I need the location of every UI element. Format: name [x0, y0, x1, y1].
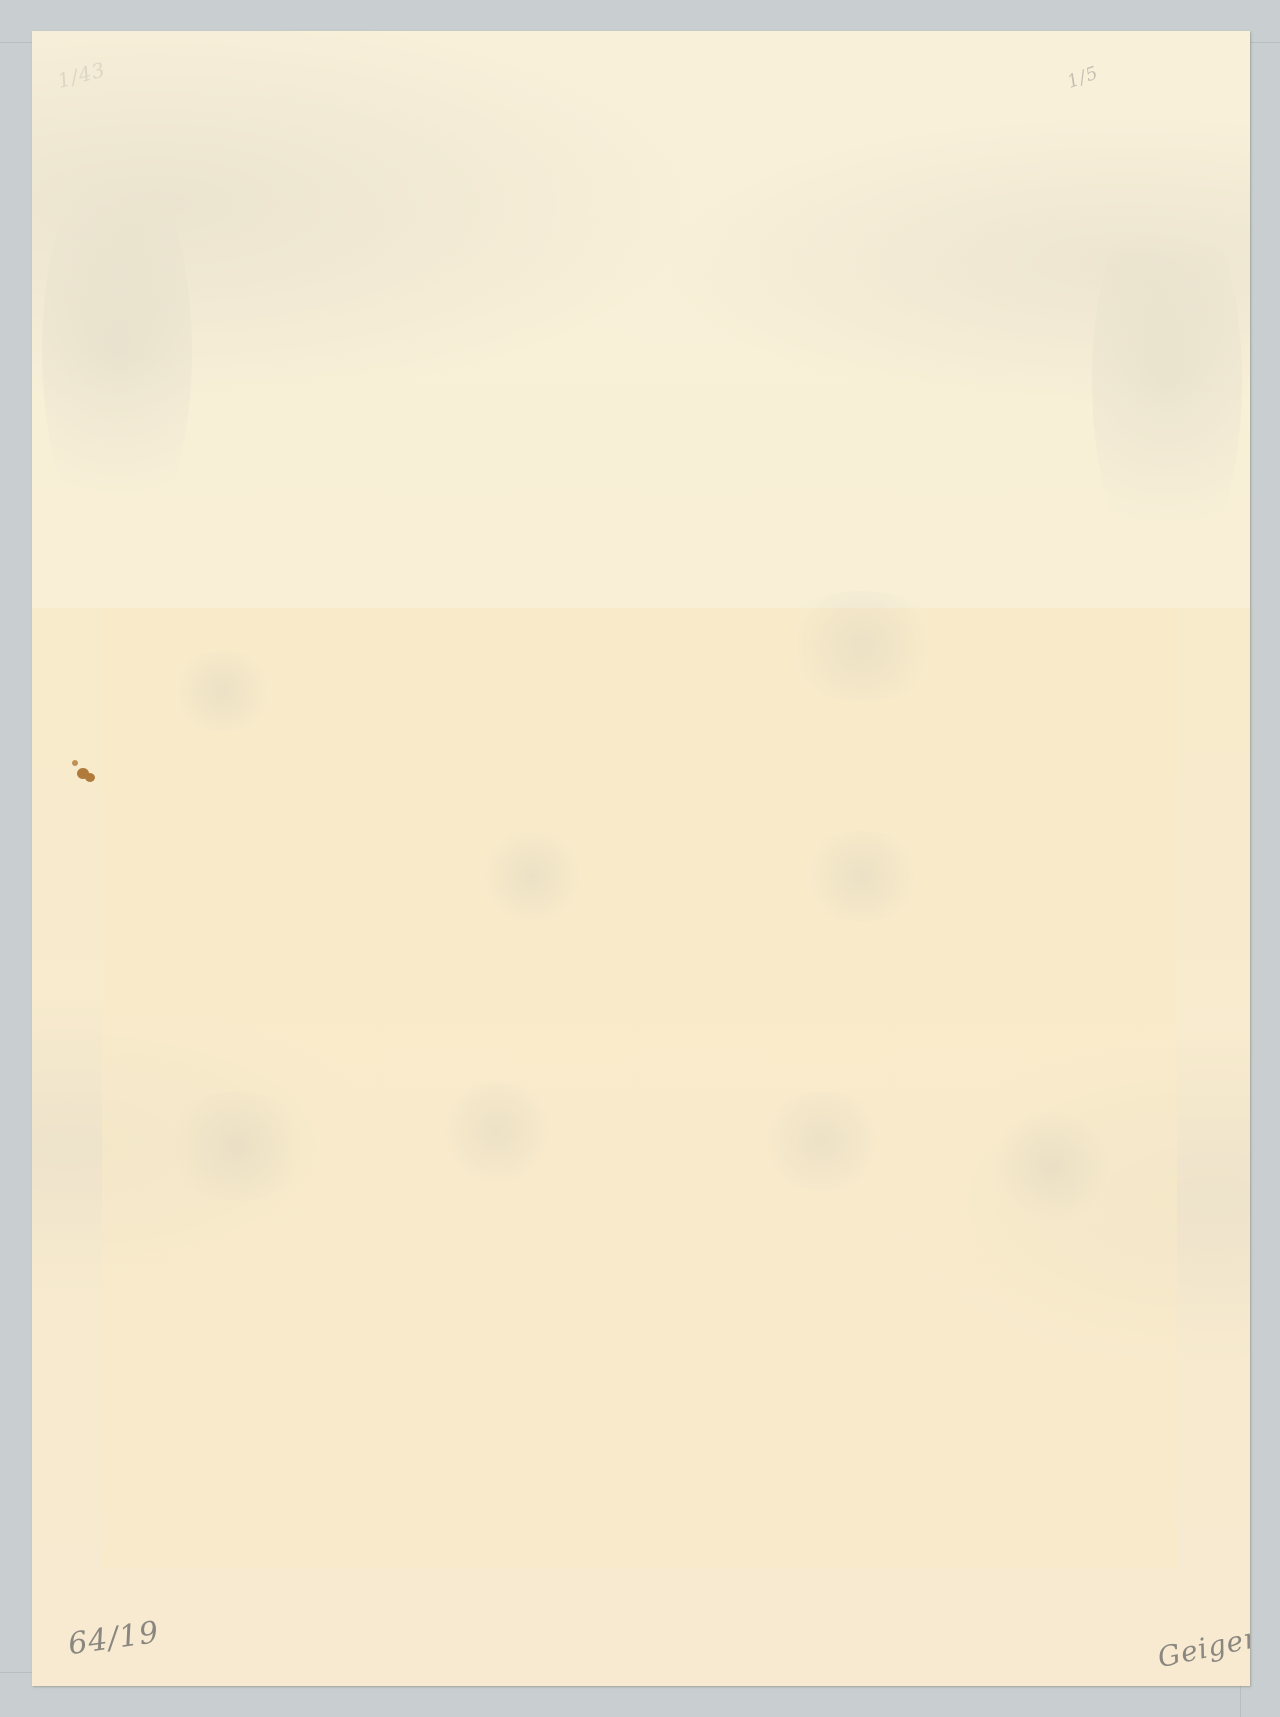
plate-impression-area: [102, 608, 1177, 1568]
paper-upper-region: [32, 31, 1250, 608]
paper-sheet-back: 1/43 1/5 64/19 Geiger: [32, 31, 1250, 1686]
show-through-mark: [42, 151, 192, 551]
show-through-mark: [162, 651, 282, 731]
scanner-edge-line: [1250, 42, 1280, 43]
scanner-edge-line: [0, 1672, 32, 1673]
stain-spot: [85, 773, 95, 782]
show-through-mark: [432, 1081, 562, 1181]
show-through-mark: [472, 831, 592, 921]
scanner-edge-line: [1240, 1686, 1241, 1717]
show-through-mark: [792, 831, 932, 921]
show-through-mark: [992, 1111, 1112, 1221]
scanner-edge-line: [0, 42, 32, 43]
show-through-mark: [1092, 181, 1242, 581]
show-through-mark: [772, 591, 952, 701]
show-through-mark: [162, 1091, 312, 1201]
stain-spot: [72, 760, 78, 766]
show-through-mark: [752, 1091, 892, 1191]
